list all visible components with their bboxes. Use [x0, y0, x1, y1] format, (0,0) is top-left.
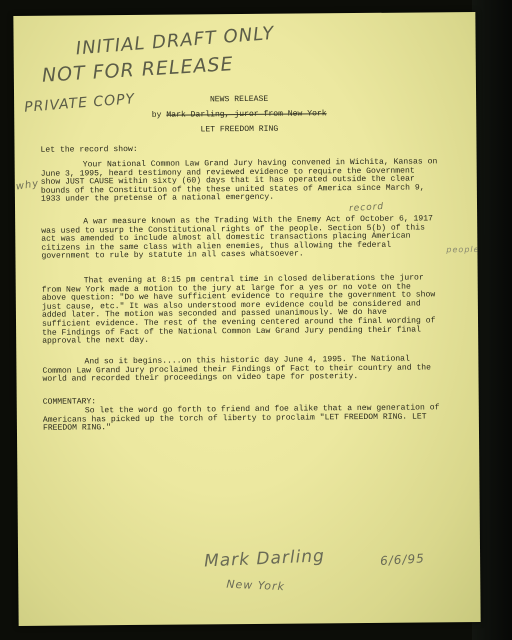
byline-author-struck: Mark Darling, juror from New York — [166, 109, 326, 119]
paragraph-4: And so it begins....on this historic day… — [42, 355, 440, 384]
document-subtitle: LET FREEDOM RING — [40, 124, 438, 136]
salutation: Let the record show: — [40, 143, 438, 155]
byline-prefix: by — [152, 111, 162, 120]
paragraph-3: That evening at 8:15 pm central time in … — [42, 274, 441, 346]
commentary-paragraph: So let the word go forth to friend and f… — [43, 404, 441, 433]
margin-note-why: why — [15, 178, 40, 192]
handwritten-note-draft: INITIAL DRAFT ONLY — [75, 23, 275, 60]
margin-note-people: people — [446, 245, 479, 254]
signature-name: Mark Darling — [204, 546, 326, 571]
paragraph-2: A war measure known as the Trading With … — [41, 215, 439, 261]
signature-place: New York — [226, 578, 285, 594]
byline: by Mark Darling, juror from New York — [40, 109, 438, 121]
handwritten-note-not-for-release: NOT FOR RELEASE — [41, 53, 234, 87]
margin-note-record: record — [349, 202, 385, 214]
signature-date: 6/6/95 — [380, 551, 425, 568]
document-page: INITIAL DRAFT ONLY NOT FOR RELEASE PRIVA… — [13, 12, 480, 626]
paragraph-1: Your National Common Law Grand Jury havi… — [41, 158, 439, 204]
